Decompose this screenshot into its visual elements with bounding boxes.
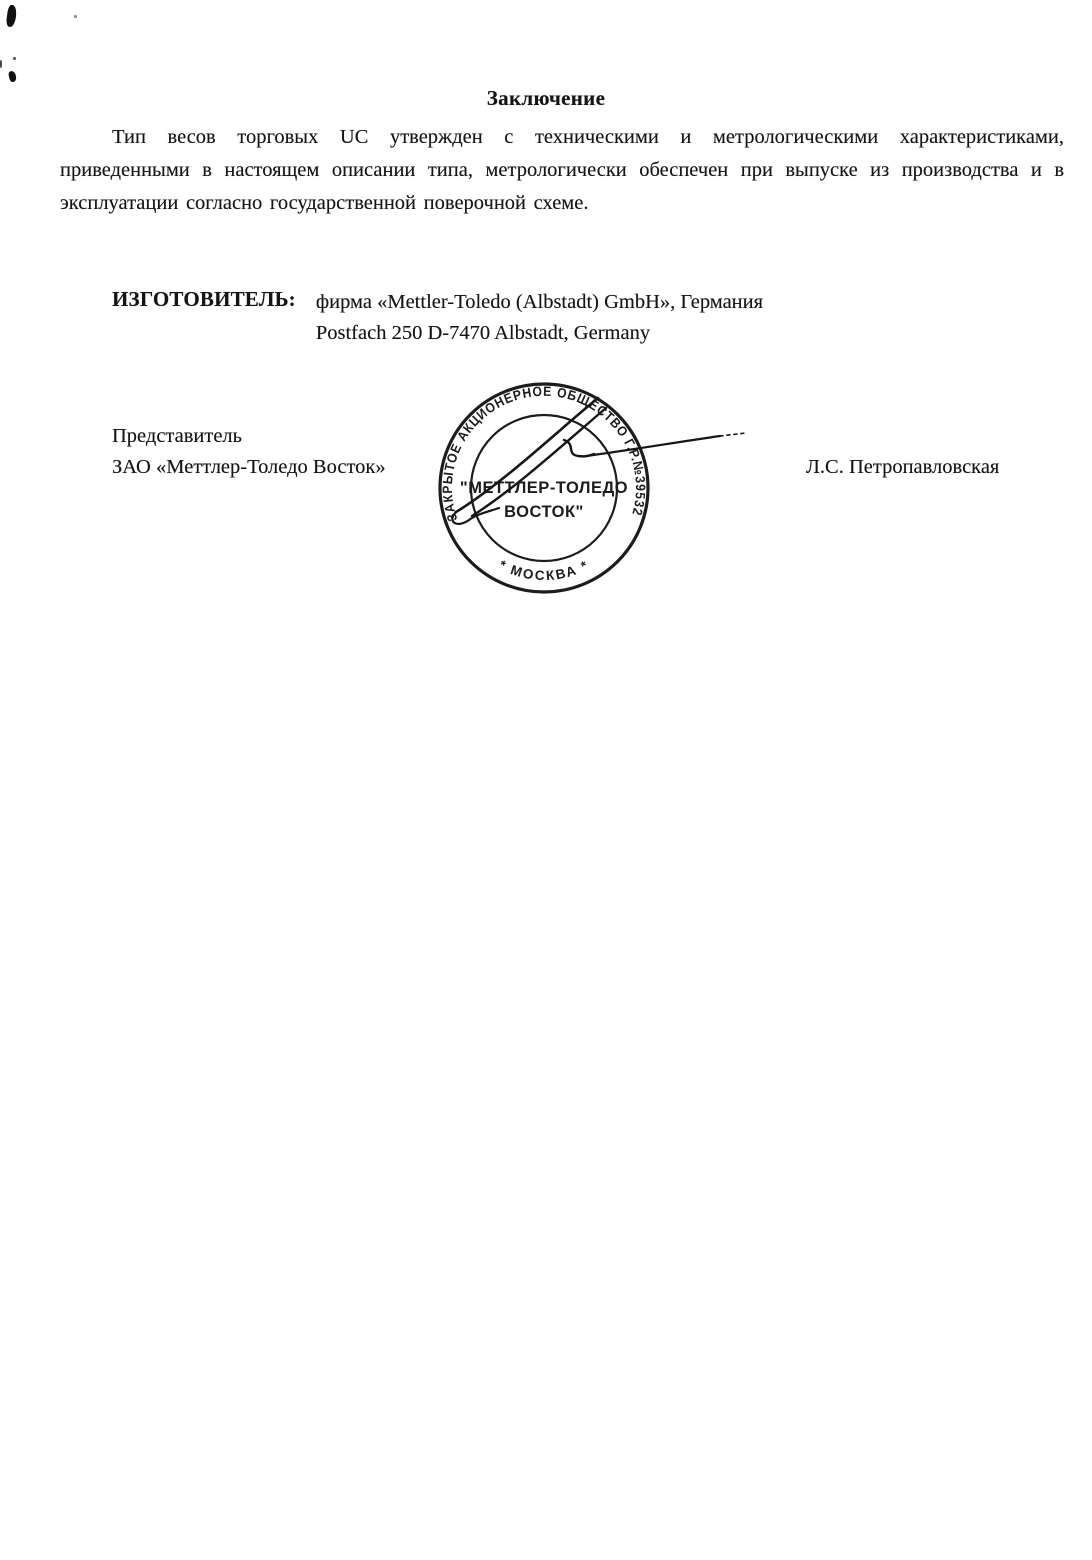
- stamp-graphic: ЗАКРЫТОЕ АКЦИОНЕРНОЕ ОБЩЕСТВО Г.Р.№39532…: [416, 370, 752, 618]
- representative-block: Представитель ЗАО «Меттлер-Толедо Восток…: [112, 421, 386, 483]
- manufacturer-label: ИЗГОТОВИТЕЛЬ:: [112, 287, 296, 312]
- manufacturer-address-line: Postfach 250 D-7470 Albstadt, Germany: [316, 318, 763, 349]
- conclusion-paragraph: Тип весов торговых UC утвержден с технич…: [60, 121, 1064, 220]
- ink-speck: [74, 15, 77, 18]
- document-title: Заключение: [0, 86, 1092, 111]
- company-stamp: ЗАКРЫТОЕ АКЦИОНЕРНОЕ ОБЩЕСТВО Г.Р.№39532…: [416, 370, 752, 618]
- representative-company: ЗАО «Меттлер-Толедо Восток»: [112, 452, 386, 483]
- ink-speck: [8, 70, 17, 82]
- manufacturer-block: ИЗГОТОВИТЕЛЬ: фирма «Mettler-Toledo (Alb…: [112, 287, 763, 349]
- ink-speck: [6, 4, 18, 27]
- ink-speck: [13, 57, 16, 60]
- ink-speck: [0, 60, 2, 68]
- signer-name: Л.С. Петропавловская: [806, 456, 999, 479]
- manufacturer-details: фирма «Mettler-Toledo (Albstadt) GmbH», …: [316, 287, 763, 349]
- stamp-center-line2: ВОСТОК": [504, 503, 584, 521]
- stamp-center-line1: "МЕТТЛЕР-ТОЛЕДО: [460, 479, 628, 497]
- representative-label: Представитель: [112, 421, 386, 452]
- scanned-document-page: Заключение Тип весов торговых UC утвержд…: [0, 0, 1092, 1560]
- manufacturer-name-line: фирма «Mettler-Toledo (Albstadt) GmbH», …: [316, 287, 763, 318]
